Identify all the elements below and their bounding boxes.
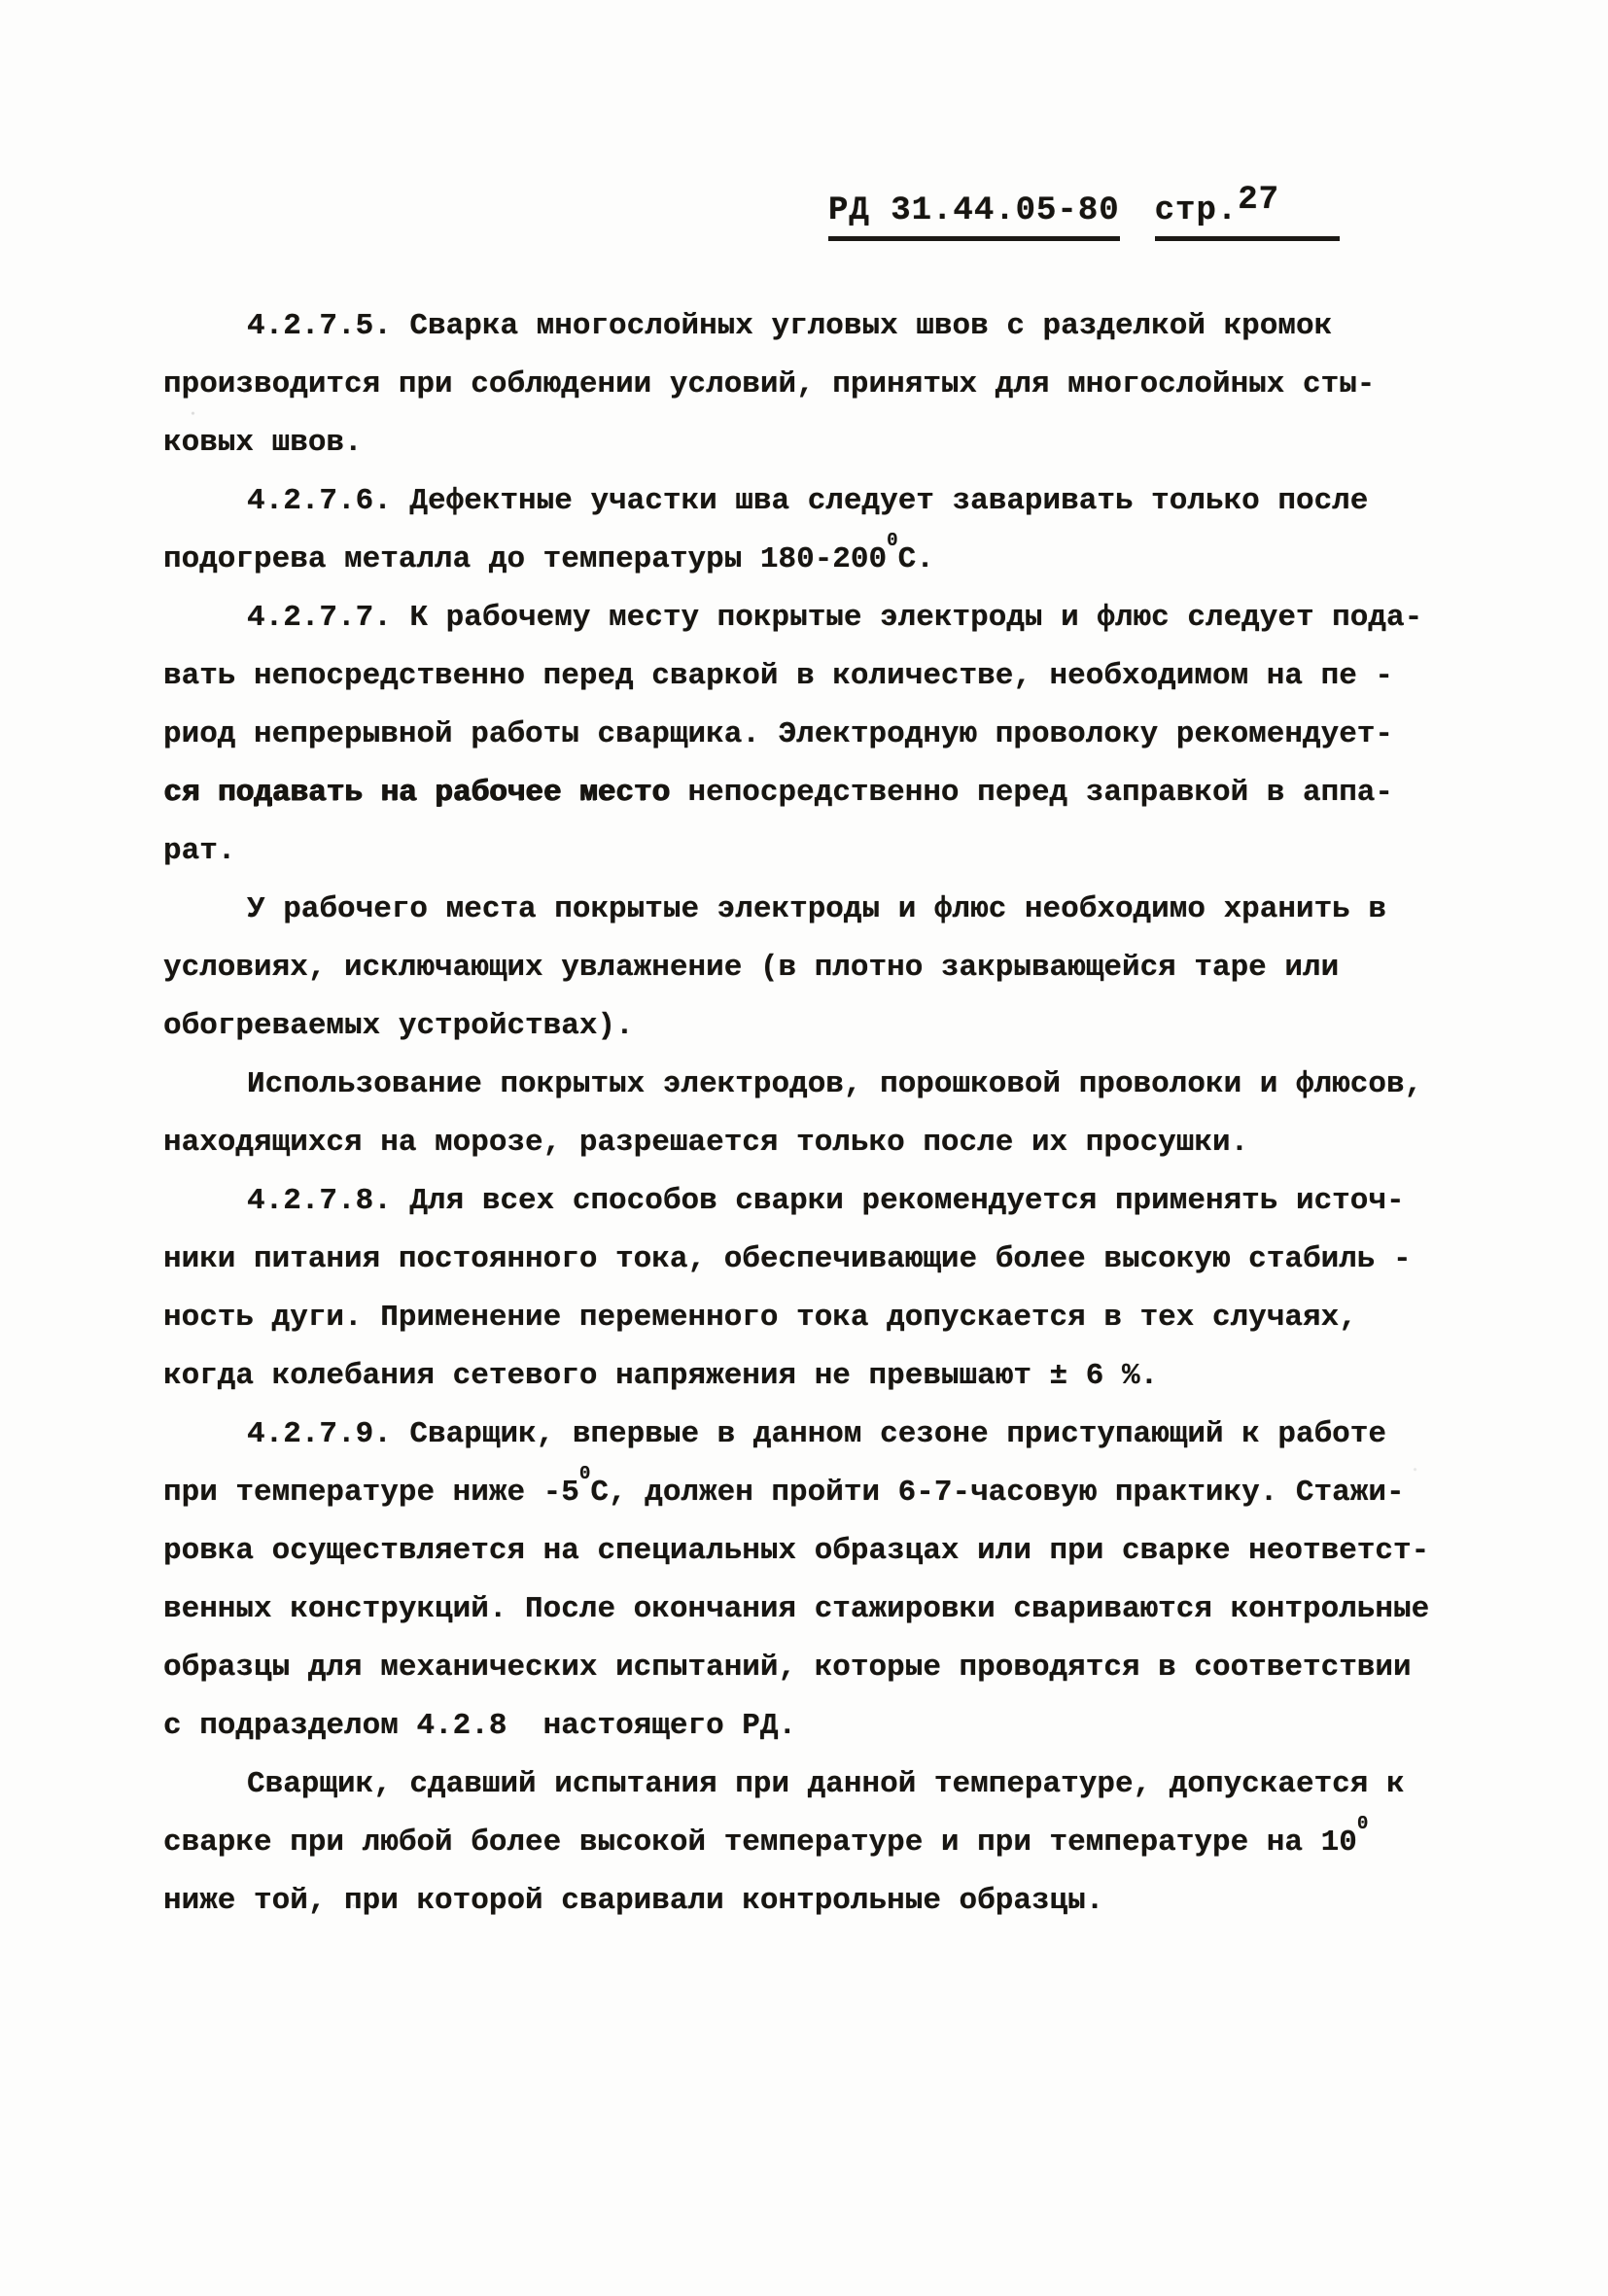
- text-segment: при температуре ниже -5: [163, 1476, 579, 1510]
- text-segment: Использование покрытых электродов, порош…: [247, 1067, 1422, 1101]
- text-line: подогрева металла до температуры 180-200…: [163, 531, 1476, 589]
- superscript: 0: [579, 1463, 591, 1484]
- text-segment: У рабочего места покрытые электроды и фл…: [247, 892, 1386, 926]
- text-line: условиях, исключающих увлажнение (в плот…: [163, 939, 1476, 997]
- text-line: обогреваемых устройствах).: [163, 997, 1476, 1056]
- page-label: стр.: [1155, 192, 1239, 229]
- paragraph: 4.2.7.8. Для всех способов сварки рекоме…: [163, 1172, 1476, 1406]
- text-line: с подразделом 4.2.8 настоящего РД.: [163, 1697, 1476, 1756]
- text-line: образцы для механических испытаний, кото…: [163, 1639, 1476, 1697]
- text-segment: находящихся на морозе, разрешается тольк…: [163, 1126, 1248, 1160]
- text-segment: венных конструкций. После окончания стаж…: [163, 1592, 1429, 1626]
- document-number: РД 31.44.05-80: [828, 192, 1120, 241]
- text-segment: 4.2.7.9. Сварщик, впервые в данном сезон…: [247, 1417, 1386, 1451]
- text-segment: ся подавать на рабочее место: [163, 776, 670, 810]
- text-segment: 4.2.7.5. Сварка многослойных угловых шво…: [247, 309, 1332, 343]
- text-line: ники питания постоянного тока, обеспечив…: [163, 1231, 1476, 1289]
- text-segment: вать непосредственно перед сваркой в кол…: [163, 659, 1393, 693]
- text-segment: риод непрерывной работы сварщика. Электр…: [163, 717, 1393, 751]
- text-line: ся подавать на рабочее место непосредств…: [163, 764, 1476, 822]
- text-segment: ровка осуществляется на специальных обра…: [163, 1534, 1429, 1568]
- text-segment: с подразделом 4.2.8 настоящего РД.: [163, 1709, 796, 1743]
- text-line: риод непрерывной работы сварщика. Электр…: [163, 706, 1476, 764]
- document-body: 4.2.7.5. Сварка многослойных угловых шво…: [163, 297, 1476, 1931]
- text-line: производится при соблюдении условий, при…: [163, 356, 1476, 414]
- text-line: 4.2.7.8. Для всех способов сварки рекоме…: [163, 1172, 1476, 1231]
- text-segment: условиях, исключающих увлажнение (в плот…: [163, 951, 1339, 985]
- text-line: при температуре ниже -50С, должен пройти…: [163, 1464, 1476, 1522]
- text-segment: ники питания постоянного тока, обеспечив…: [163, 1242, 1412, 1276]
- text-line: Сварщик, сдавший испытания при данной те…: [163, 1756, 1476, 1814]
- superscript: 0: [1357, 1813, 1369, 1834]
- text-line: вать непосредственно перед сваркой в кол…: [163, 647, 1476, 706]
- text-segment: Сварщик, сдавший испытания при данной те…: [247, 1767, 1405, 1801]
- text-segment: непосредственно перед заправкой в аппа-: [670, 776, 1393, 810]
- text-segment: сварке при любой более высокой температу…: [163, 1826, 1357, 1860]
- text-segment: образцы для механических испытаний, кото…: [163, 1651, 1412, 1685]
- text-segment: обогреваемых устройствах).: [163, 1009, 634, 1043]
- paragraph: 4.2.7.5. Сварка многослойных угловых шво…: [163, 297, 1476, 472]
- text-segment: когда колебания сетевого напряжения не п…: [163, 1359, 1158, 1393]
- text-segment: рат.: [163, 834, 235, 868]
- text-line: находящихся на морозе, разрешается тольк…: [163, 1114, 1476, 1172]
- paragraph: 4.2.7.9. Сварщик, впервые в данном сезон…: [163, 1406, 1476, 1756]
- text-line: 4.2.7.7. К рабочему месту покрытые элект…: [163, 589, 1476, 647]
- text-line: ковых швов.: [163, 414, 1476, 472]
- superscript: 0: [887, 530, 898, 551]
- text-line: когда колебания сетевого напряжения не п…: [163, 1347, 1476, 1406]
- text-segment: 4.2.7.7. К рабочему месту покрытые элект…: [247, 601, 1422, 635]
- page-indicator: стр.27: [1155, 192, 1340, 241]
- text-segment: производится при соблюдении условий, при…: [163, 367, 1375, 401]
- paragraph: Сварщик, сдавший испытания при данной те…: [163, 1756, 1476, 1931]
- text-segment: ниже той, при которой сваривали контроль…: [163, 1884, 1103, 1918]
- paragraph: Использование покрытых электродов, порош…: [163, 1056, 1476, 1172]
- text-segment: ность дуги. Применение переменного тока …: [163, 1301, 1357, 1335]
- text-segment: С, должен пройти 6-7-часовую практику. С…: [590, 1476, 1404, 1510]
- text-line: У рабочего места покрытые электроды и фл…: [163, 881, 1476, 939]
- text-line: рат.: [163, 822, 1476, 881]
- paragraph: 4.2.7.6. Дефектные участки шва следует з…: [163, 472, 1476, 589]
- text-segment: 4.2.7.6. Дефектные участки шва следует з…: [247, 484, 1368, 518]
- text-line: 4.2.7.5. Сварка многослойных угловых шво…: [163, 297, 1476, 356]
- paragraph: 4.2.7.7. К рабочему месту покрытые элект…: [163, 589, 1476, 881]
- text-line: ровка осуществляется на специальных обра…: [163, 1522, 1476, 1581]
- page-number: 27: [1238, 182, 1279, 219]
- text-segment: подогрева металла до температуры 180-200: [163, 542, 887, 576]
- text-line: ность дуги. Применение переменного тока …: [163, 1289, 1476, 1347]
- text-line: Использование покрытых электродов, порош…: [163, 1056, 1476, 1114]
- text-segment: ковых швов.: [163, 426, 363, 460]
- text-line: 4.2.7.6. Дефектные участки шва следует з…: [163, 472, 1476, 531]
- text-segment: С.: [898, 542, 934, 576]
- page-header: РД 31.44.05-80стр.27: [828, 192, 1340, 241]
- text-line: 4.2.7.9. Сварщик, впервые в данном сезон…: [163, 1406, 1476, 1464]
- text-line: ниже той, при которой сваривали контроль…: [163, 1872, 1476, 1931]
- text-segment: 4.2.7.8. Для всех способов сварки рекоме…: [247, 1184, 1405, 1218]
- paragraph: У рабочего места покрытые электроды и фл…: [163, 881, 1476, 1056]
- text-line: сварке при любой более высокой температу…: [163, 1814, 1476, 1872]
- text-line: венных конструкций. После окончания стаж…: [163, 1581, 1476, 1639]
- document-page: РД 31.44.05-80стр.27 4.2.7.5. Сварка мно…: [0, 0, 1608, 2296]
